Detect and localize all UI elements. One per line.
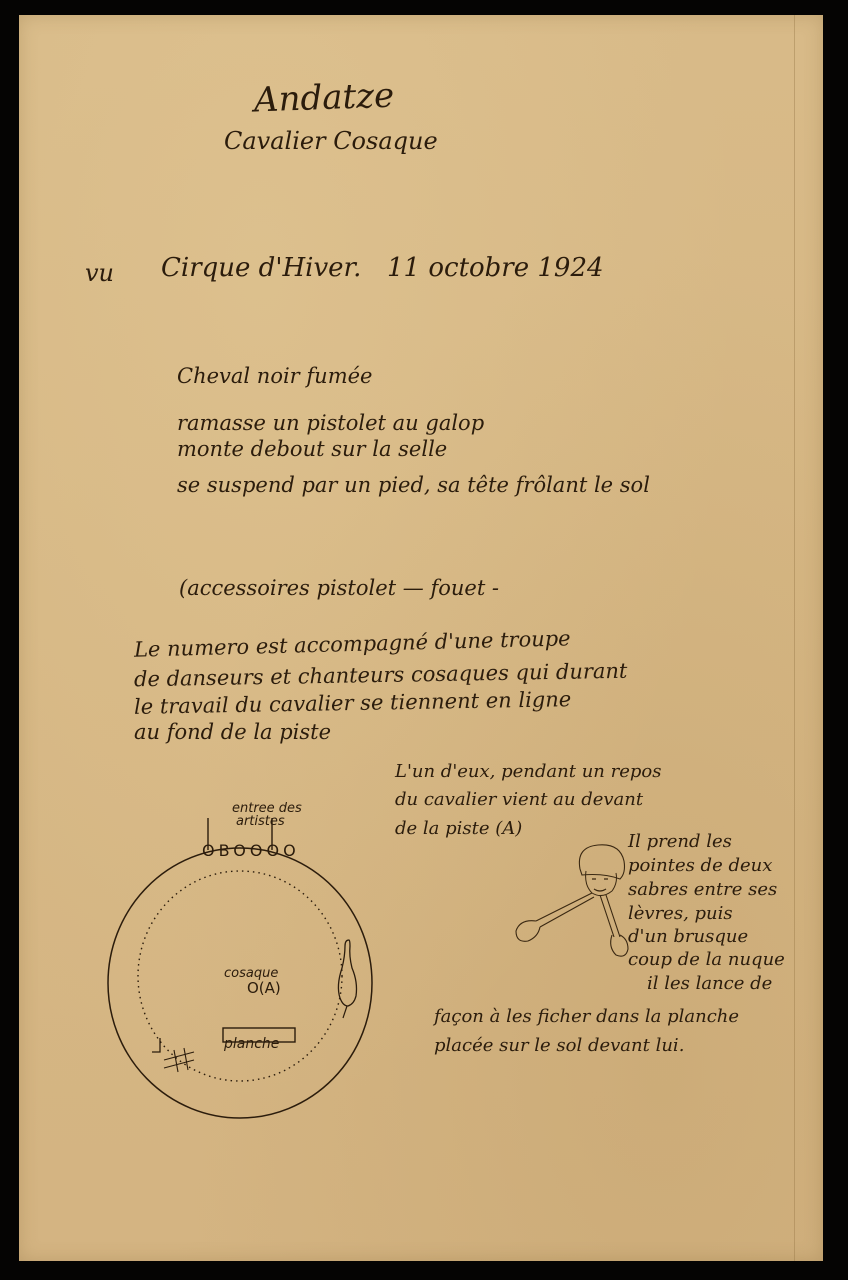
rest-line: L'un d'eux, pendant un repos — [395, 763, 661, 781]
troupe-line: de danseurs et chanteurs cosaques qui du… — [134, 661, 628, 691]
performance-date: 11 octobre 1924 — [387, 255, 604, 281]
feat-line: se suspend par un pied, sa tête frôlant … — [177, 475, 650, 496]
manuscript-page: Andatze Cavalier Cosaque vu Cirque d'Hiv… — [19, 15, 823, 1261]
performers-row: OBOOOO — [202, 843, 300, 859]
sabre-icon — [536, 893, 594, 927]
sabre-icon — [600, 895, 620, 937]
cossack-marker: O(A) — [247, 981, 281, 996]
closing-line: façon à les ficher dans la planche — [434, 1008, 739, 1026]
closing-line: placée sur le sol devant lui. — [434, 1037, 684, 1055]
ring-outline — [108, 848, 372, 1118]
entrance-label: artistes — [236, 815, 285, 828]
board-label: planche — [224, 1037, 279, 1051]
feat-line: monte debout sur la selle — [177, 439, 447, 460]
rest-line: du cavalier vient au devant — [395, 791, 643, 809]
troupe-line: le travail du cavalier se tiennent en li… — [134, 689, 572, 718]
page-subtitle: Cavalier Cosaque — [224, 129, 438, 153]
accessories-line: (accessoires pistolet — fouet - — [179, 578, 499, 599]
hash-mark-icon — [164, 1048, 194, 1072]
feat-line: ramasse un pistolet au galop — [177, 413, 484, 434]
cossack-sabre-sketch — [496, 833, 646, 963]
horse-icon — [338, 940, 356, 1006]
horse-description: Cheval noir fumée — [177, 366, 372, 387]
sabre-line: sabres entre ses — [628, 881, 777, 899]
seen-prefix: vu — [85, 261, 114, 285]
sabre-line: il les lance de — [647, 975, 772, 993]
page-title: Andatze — [253, 79, 394, 118]
troupe-line: Le numero est accompagné d'une troupe — [134, 628, 571, 660]
venue-name: Cirque d'Hiver. — [161, 255, 361, 281]
sabre-line: d'un brusque — [628, 928, 748, 946]
sabre-line: pointes de deux — [628, 857, 772, 875]
troupe-line: au fond de la piste — [134, 722, 331, 743]
sabre-line: coup de la nuque — [628, 951, 785, 969]
